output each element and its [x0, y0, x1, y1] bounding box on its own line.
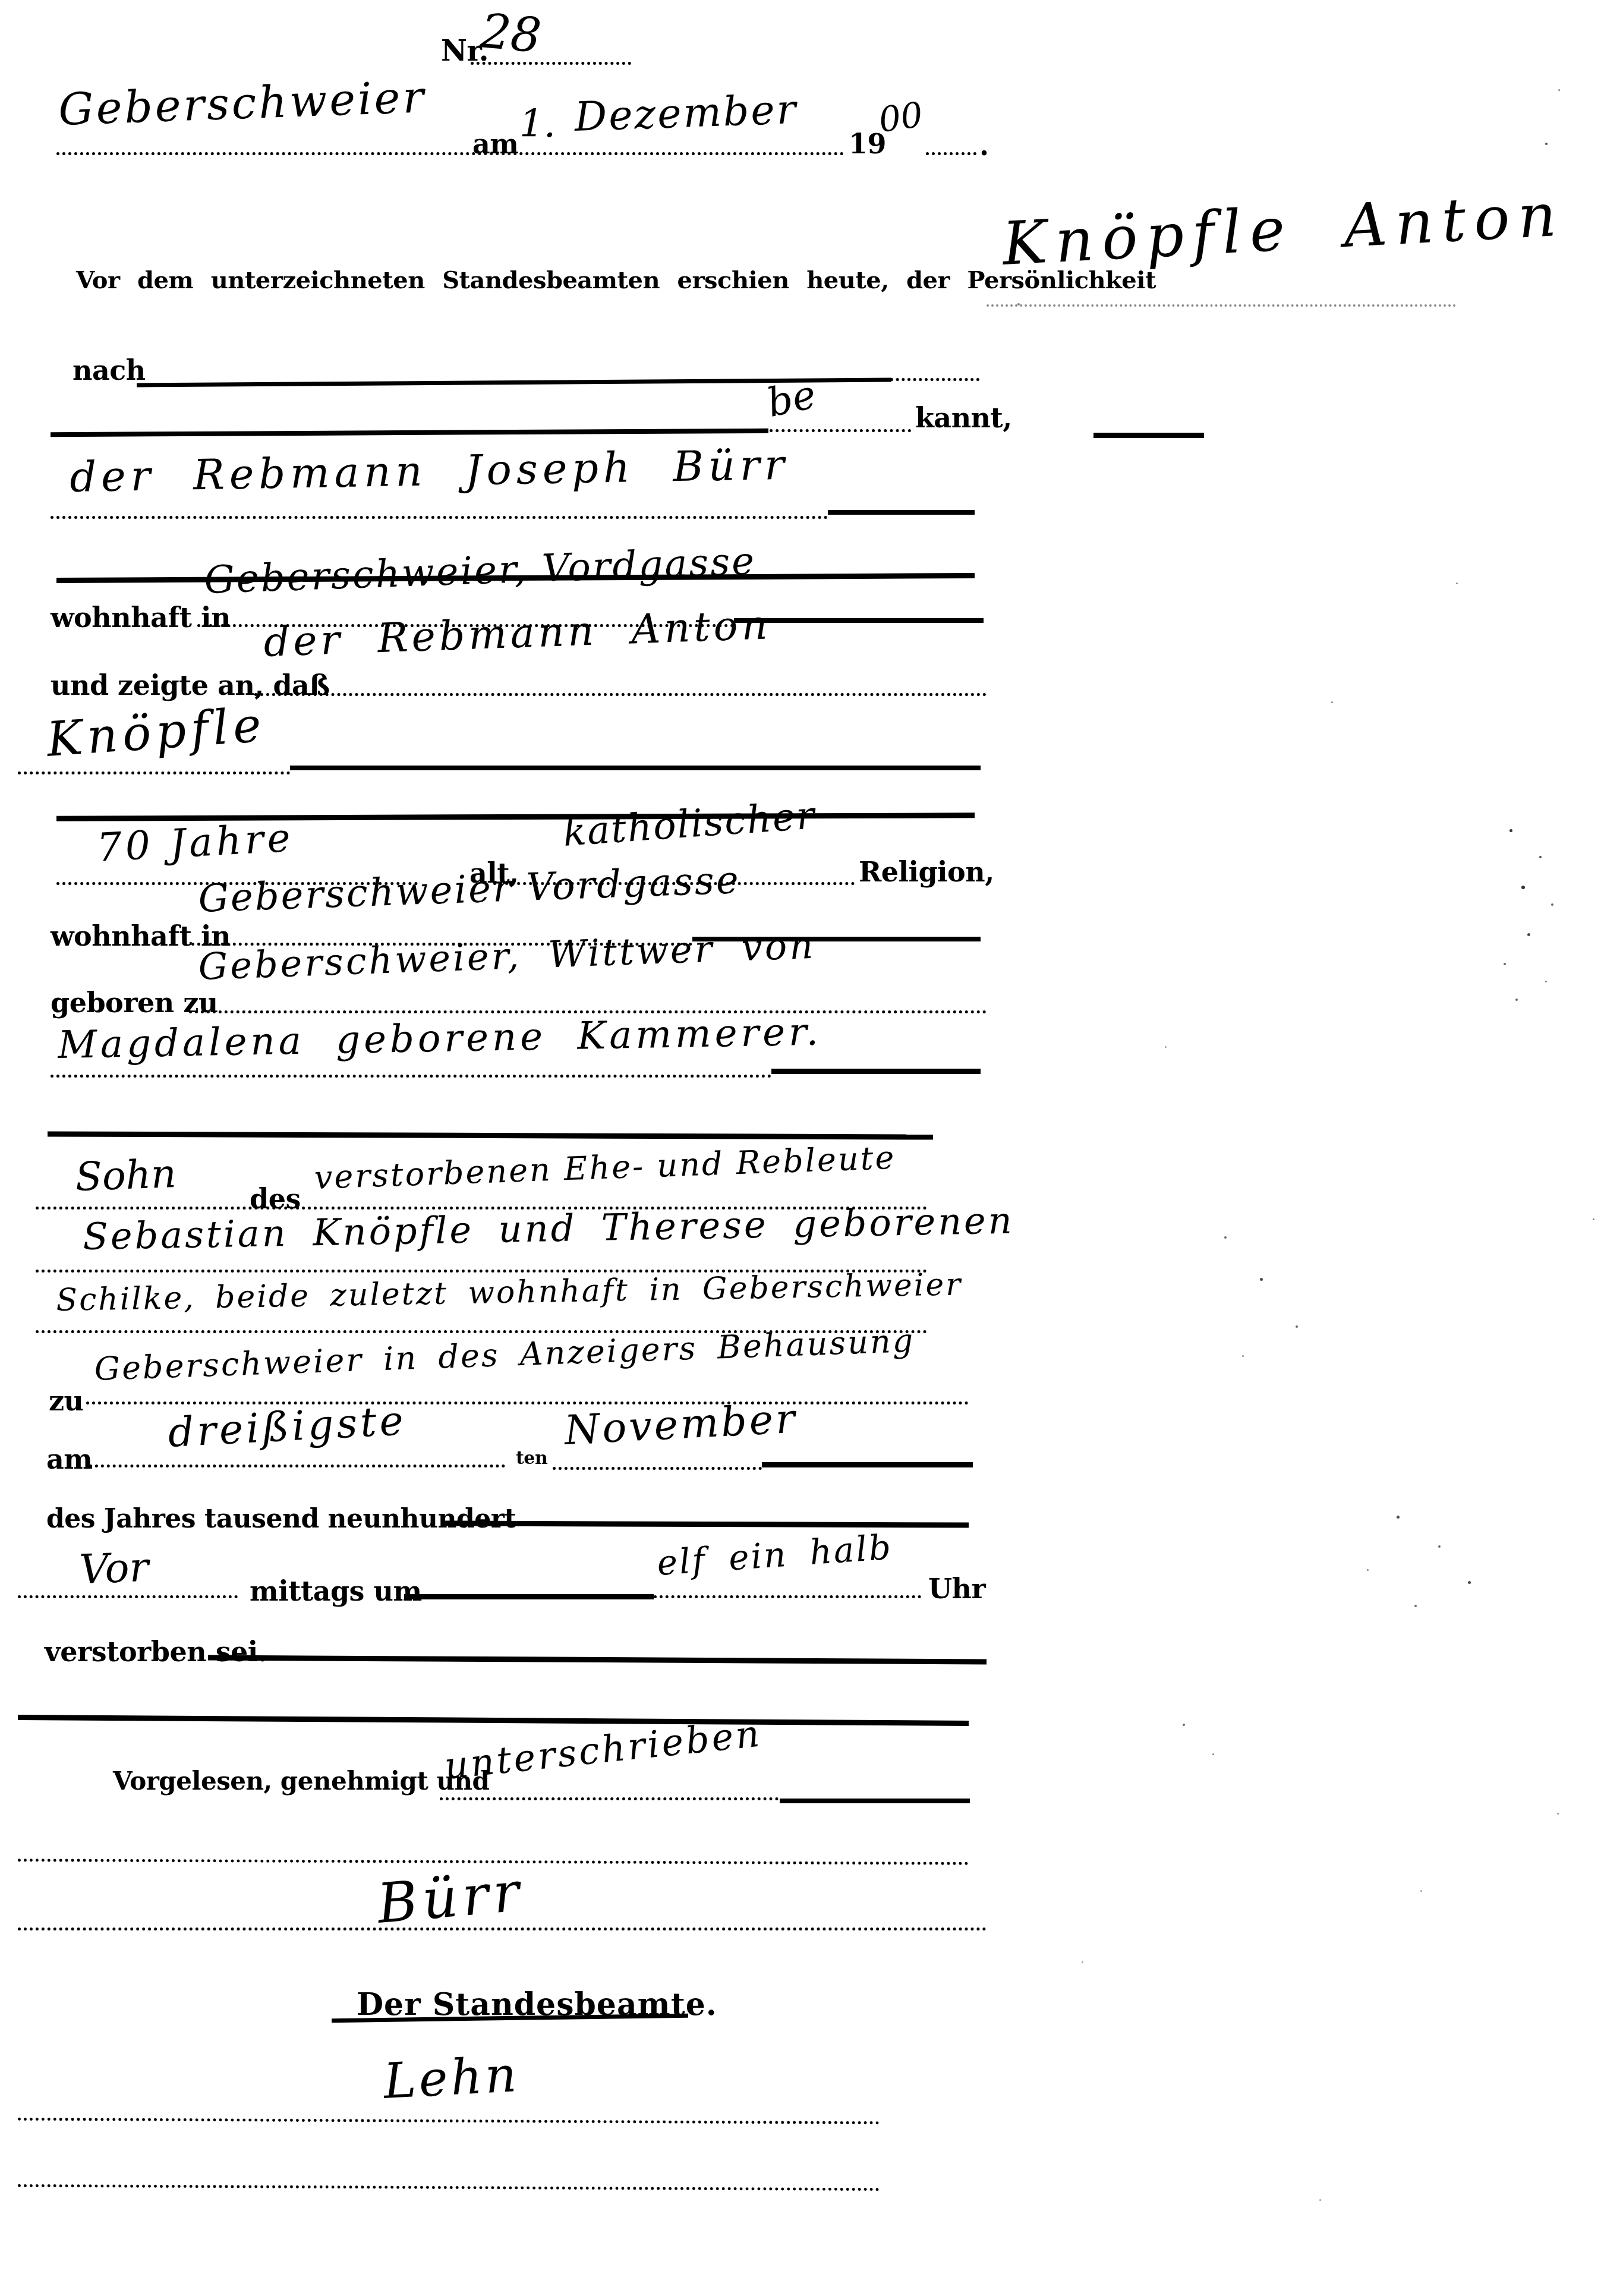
deceased-intro: der Rebmann Anton	[263, 601, 771, 666]
am2-label: am	[46, 1443, 92, 1475]
religion-value: katholischer	[562, 793, 817, 855]
birth-info: Geberschweier, Wittwer von	[197, 924, 816, 988]
scan-speckle	[1212, 1753, 1214, 1755]
intro-text: Vor dem unterzeichneten Standesbeamten e…	[76, 266, 1156, 294]
ruled-line	[18, 771, 290, 774]
scan-speckle	[1438, 1545, 1441, 1548]
ruled-line	[18, 2118, 880, 2124]
wohnhaft-label: wohnhaft in	[51, 601, 231, 634]
section-divider	[18, 1715, 969, 1726]
ruled-line	[56, 152, 844, 155]
record-day: 1.	[519, 102, 556, 146]
scan-speckle	[1521, 886, 1525, 889]
ruled-line	[1093, 433, 1204, 438]
scan-speckle	[1414, 1605, 1417, 1607]
sohn-handwritten: Sohn	[74, 1151, 177, 1200]
nach-label: nach	[73, 354, 146, 386]
geboren-label: geboren zu	[51, 987, 218, 1019]
scan-speckle	[1515, 999, 1518, 1001]
kannt-label: kannt,	[915, 402, 1012, 434]
scan-speckle	[1551, 903, 1553, 906]
ruled-line	[18, 2184, 880, 2191]
scan-speckle	[1183, 1724, 1185, 1726]
scan-speckle	[1319, 2199, 1321, 2201]
scan-speckle	[1420, 1890, 1422, 1892]
scan-speckle	[1504, 963, 1506, 965]
zu-label: zu	[49, 1385, 84, 1417]
parents-line1: verstorbenen Ehe- und Rebleute	[314, 1139, 897, 1196]
scan-speckle	[1545, 981, 1547, 982]
period-mark: .	[979, 130, 989, 162]
ruled-line	[771, 1069, 981, 1074]
ruled-line	[440, 1797, 779, 1800]
ruled-line	[51, 516, 828, 519]
ruled-line	[471, 62, 631, 65]
ruled-line	[734, 618, 984, 623]
scan-speckle	[1260, 1278, 1263, 1281]
scan-speckle	[1456, 582, 1458, 584]
jahres-label: des Jahres tausend neunhundert	[46, 1504, 516, 1534]
scan-speckle	[1082, 1961, 1083, 1963]
declarant-residence: Geberschweier, Vordgasse	[203, 540, 757, 603]
parents-line3: Schilke, beide zuletzt wohnhaft in Geber…	[56, 1267, 963, 1318]
scan-speckle	[1558, 89, 1560, 91]
spouse-line: Magdalena geborene Kammerer.	[58, 1010, 822, 1067]
age-value: 70 Jahre	[96, 815, 295, 871]
scan-speckle	[1509, 829, 1512, 832]
record-number: 28	[478, 3, 544, 64]
declarant-signature: Bürr	[375, 1860, 527, 1936]
ruled-line	[208, 1655, 987, 1665]
ruled-line	[51, 1075, 771, 1078]
ruled-line	[762, 1462, 973, 1467]
declarant-name-display: Knöpfle Anton	[1001, 180, 1567, 279]
ruled-line	[404, 1594, 654, 1599]
scan-speckle	[1331, 701, 1333, 703]
uhr-label: Uhr	[928, 1573, 985, 1605]
death-time: elf ein halb	[655, 1526, 894, 1583]
scan-speckle	[1468, 1581, 1471, 1584]
record-place: Geberschweier	[58, 71, 427, 136]
ruled-line	[189, 1010, 987, 1013]
ruled-line	[780, 1799, 970, 1803]
scan-speckle	[1367, 1569, 1369, 1571]
verstorben-label: verstorben sei.	[45, 1636, 267, 1668]
scan-speckle	[1397, 1516, 1400, 1519]
ruled-line	[51, 429, 768, 437]
bekannt-handwritten: be	[763, 371, 820, 426]
record-month: Dezember	[573, 86, 798, 141]
section-divider	[48, 1131, 933, 1139]
death-record-document: Nr. 28 Geberschweier am 1. Dezember 19 0…	[0, 0, 1623, 2296]
death-day: dreißigste	[167, 1397, 408, 1457]
deceased-surname: Knöpfle	[45, 697, 268, 767]
scan-speckle	[1545, 143, 1548, 145]
ruled-line	[18, 1927, 987, 1930]
year-handwritten: 00	[877, 94, 926, 140]
ruled-line	[987, 304, 1456, 307]
ruled-line	[290, 766, 981, 770]
religion-label: Religion,	[859, 856, 994, 888]
zeigte-label: und zeigte an, daß	[51, 669, 330, 701]
deceased-residence: Geberschweier Vordgasse	[197, 858, 740, 921]
scan-speckle	[1017, 303, 1020, 305]
scan-speckle	[1242, 1355, 1244, 1357]
scan-speckle	[1224, 1236, 1227, 1239]
declarant-line: der Rebmann Joseph Bürr	[70, 440, 790, 502]
scan-speckle	[1165, 1046, 1167, 1048]
scan-speckle	[1296, 1325, 1298, 1328]
ten-label: ten	[516, 1448, 547, 1469]
registrar-signature: Lehn	[382, 2046, 521, 2110]
ruled-line	[828, 510, 975, 515]
scan-speckle	[1557, 1813, 1559, 1815]
ruled-line	[770, 429, 911, 432]
ruled-line	[254, 693, 987, 696]
ruled-line	[654, 1595, 921, 1598]
ruled-line	[553, 1467, 762, 1470]
des-label: des	[250, 1183, 301, 1215]
vorgelesen-label: Vorgelesen, genehmigt und	[113, 1766, 489, 1796]
ruled-line	[890, 378, 979, 381]
vormittags-handwritten: Vor	[78, 1544, 149, 1593]
scan-speckle	[1527, 933, 1530, 936]
ruled-line	[18, 1595, 238, 1598]
scan-speckle	[1539, 856, 1542, 858]
mittags-label: mittags um	[250, 1575, 422, 1607]
ruled-line	[86, 1401, 969, 1404]
ruled-line	[926, 152, 976, 155]
ruled-line	[89, 1464, 505, 1467]
scan-speckle	[1593, 1218, 1594, 1220]
